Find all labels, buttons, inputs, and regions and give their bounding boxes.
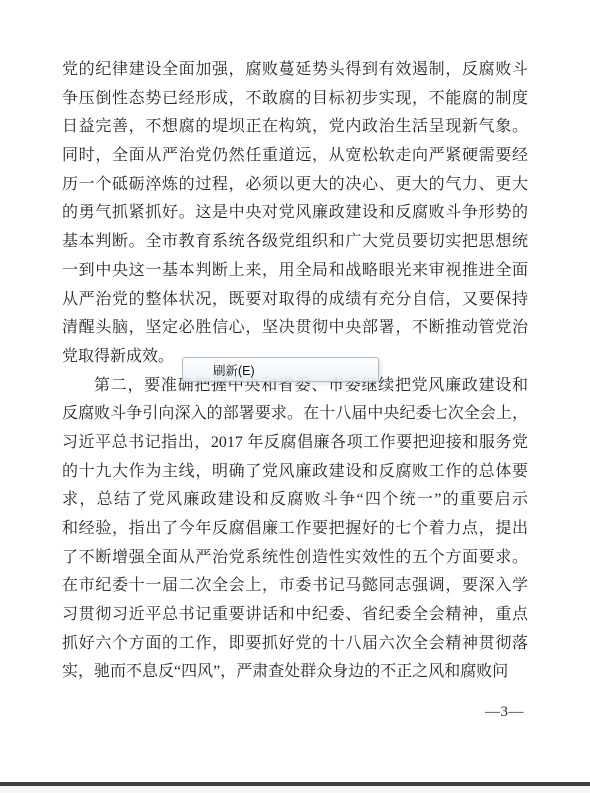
text-line: 同时，全面从严治党仍然任重道远，从宽松软走向严紧硬需要经: [62, 142, 528, 171]
text-line: 历一个砥砺淬炼的过程，必须以更大的决心、更大的气力、更大: [62, 171, 528, 200]
text-line: 基本判断。全市教育系统各级党组织和广大党员要切实把思想统: [62, 228, 528, 257]
paragraph: 党的纪律建设全面加强，腐败蔓延势头得到有效遏制，反腐败斗争压倒性态势已经形成，不…: [62, 56, 528, 372]
text-line: 清醒头脑，坚定必胜信心，坚决贯彻中央部署，不断推动管党治: [62, 314, 528, 343]
text-line: 日益完善，不想腐的堤坝正在构筑，党内政治生活呈现新气象。: [62, 113, 528, 142]
text-line: 了不断增强全面从严治党系统性创造性实效性的五个方面要求。: [62, 544, 528, 573]
text-line: 争压倒性态势已经形成，不敢腐的目标初步实现，不能腐的制度: [62, 85, 528, 114]
text-line: 在市纪委十一届二次全会上，市委书记马懿同志强调，要深入学: [62, 572, 528, 601]
text-line: 和经验，指出了今年反腐倡廉工作要把握好的七个着力点，提出: [62, 515, 528, 544]
text-line: 一到中央这一基本判断上来，用全局和战略眼光来审视推进全面: [62, 257, 528, 286]
text-line: 习近平总书记指出，2017 年反腐倡廉各项工作要把迎接和服务党: [62, 429, 528, 458]
text-line: 党的纪律建设全面加强，腐败蔓延势头得到有效遏制，反腐败斗: [62, 56, 528, 85]
screen: 党的纪律建设全面加强，腐败蔓延势头得到有效遏制，反腐败斗争压倒性态势已经形成，不…: [0, 0, 590, 793]
context-menu-item-refresh[interactable]: 刷新(E): [182, 357, 379, 382]
text-line: 的勇气抓紧抓好。这是中央对党风廉政建设和反腐败斗争形势的: [62, 199, 528, 228]
text-line: 实，驰而不息反“四风”，严肃查处群众身边的不正之风和腐败问: [62, 658, 528, 687]
text-line: 习贯彻习近平总书记重要讲话和中纪委、省纪委全会精神，重点: [62, 601, 528, 630]
text-line: 求，总结了党风廉政建设和反腐败斗争“四个统一”的重要启示: [62, 486, 528, 515]
text-line: 反腐败斗争引向深入的部署要求。在十八届中央纪委七次全会上，: [62, 400, 528, 429]
below-window-strip: [0, 786, 590, 793]
refresh-menu-item-label: 刷新(E): [213, 361, 255, 379]
paragraph: 第二，要准确把握中央和省委、市委继续把党风廉政建设和反腐败斗争引向深入的部署要求…: [62, 372, 528, 688]
text-line: 从严治党的整体状况，既要对取得的成绩有充分自信，又要保持: [62, 286, 528, 315]
page-number: —3—: [485, 701, 524, 723]
text-line: 的十九大作为主线，明确了党风廉政建设和反腐败工作的总体要: [62, 458, 528, 487]
text-line: 抓好六个方面的工作，即要抓好党的十八届六次全会精神贯彻落: [62, 630, 528, 659]
